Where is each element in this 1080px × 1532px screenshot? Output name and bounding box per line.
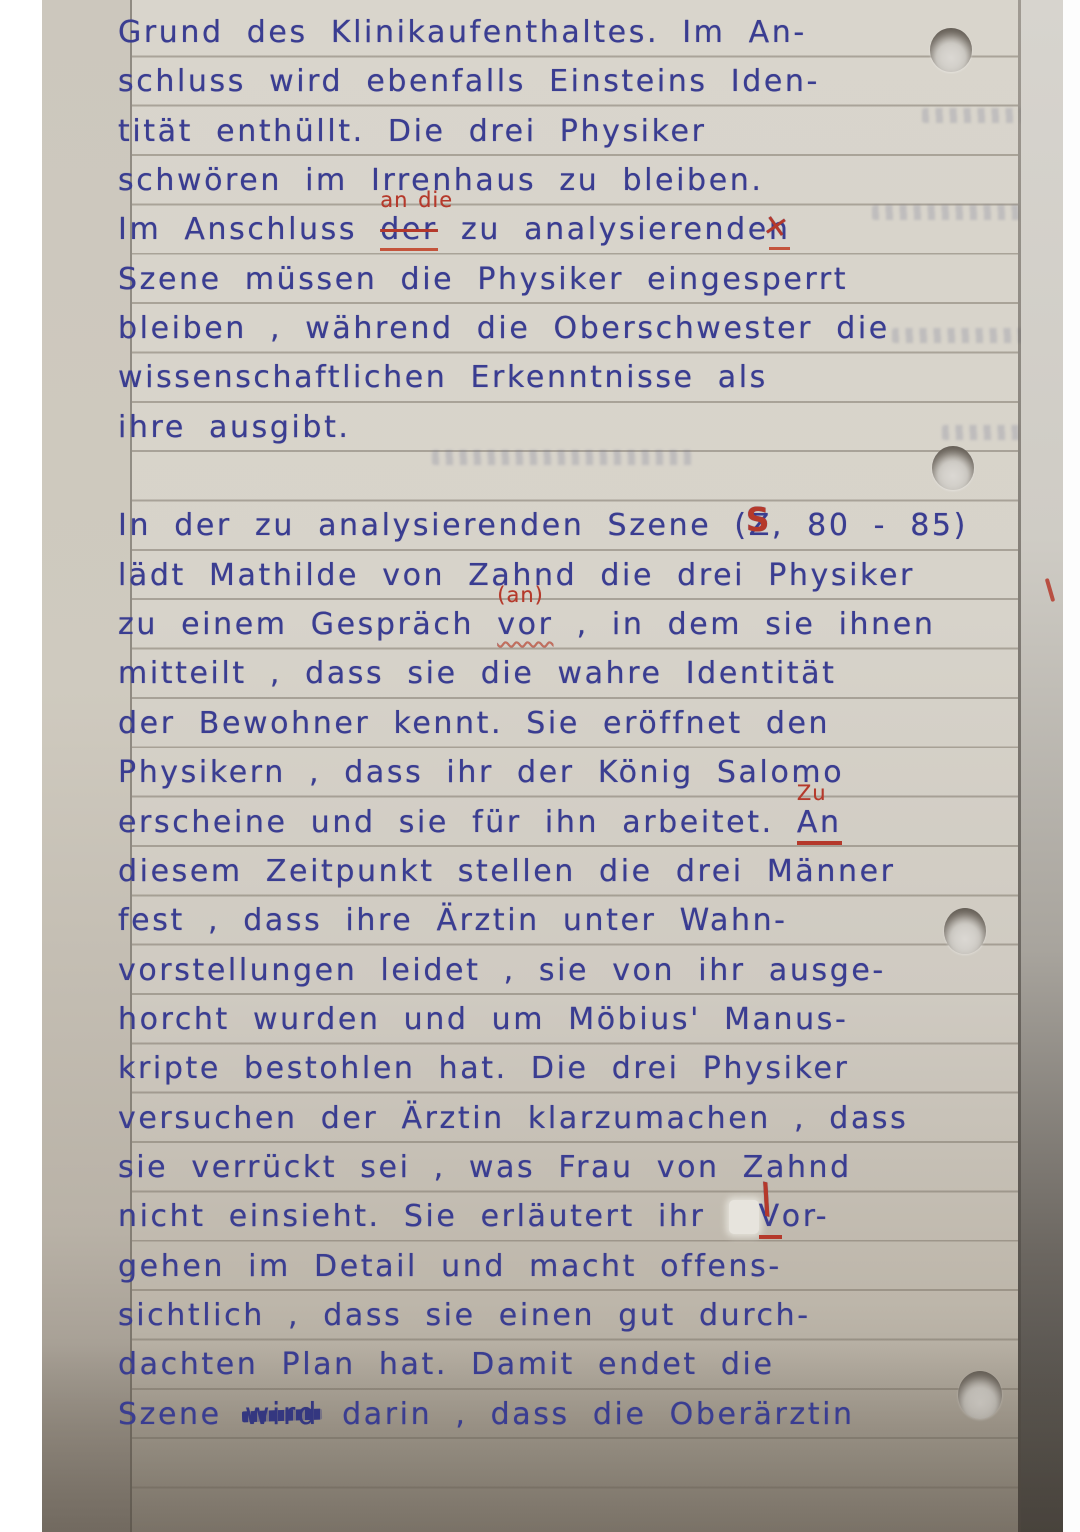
handwriting-segment: kripte bestohlen hat. Die drei Physiker bbox=[118, 1051, 849, 1086]
handwritten-line: Szene wird darin , dass die Oberärztin bbox=[118, 1390, 1018, 1439]
red-correction-mark: Zu bbox=[797, 783, 827, 803]
handwritten-line: Grund des Klinikaufenthaltes. Im An- bbox=[118, 8, 1018, 57]
handwritten-line: bleiben , während die Oberschwester die bbox=[118, 304, 1018, 353]
handwritten-line: vorstellungen leidet , sie von ihr ausge… bbox=[118, 946, 1018, 995]
background-right bbox=[1063, 0, 1080, 1532]
paragraph-2: In der zu analysierenden Szene (ZS, 80 -… bbox=[118, 501, 1018, 1439]
photo-of-handwritten-page: Grund des Klinikaufenthaltes. Im An-schl… bbox=[0, 0, 1080, 1532]
handwritten-line: der Bewohner kennt. Sie eröffnet den bbox=[118, 699, 1018, 748]
handwriting-segment: erscheine und sie für ihn arbeitet. bbox=[118, 805, 797, 840]
handwritten-line: ihre ausgibt. bbox=[118, 403, 1018, 452]
red-correction-mark: an die bbox=[380, 190, 453, 210]
handwritten-line: fest , dass ihre Ärztin unter Wahn- bbox=[118, 896, 1018, 945]
handwritten-line: kripte bestohlen hat. Die drei Physiker bbox=[118, 1044, 1018, 1093]
corrected-word: vor(an) bbox=[497, 607, 553, 642]
handwritten-line: sichtlich , dass sie einen gut durch- bbox=[118, 1291, 1018, 1340]
red-correction-mark: S bbox=[746, 510, 771, 530]
handwriting-segment: horcht wurden und um Möbius' Manus- bbox=[118, 1002, 848, 1037]
handwritten-line: schwören im Irrenhaus zu bleiben. bbox=[118, 156, 1018, 205]
handwriting-segment: dachten Plan hat. Damit endet die bbox=[118, 1347, 775, 1382]
handwriting-segment: tität enthüllt. Die drei Physiker bbox=[118, 114, 707, 149]
crossed-out-word: wird bbox=[245, 1397, 319, 1432]
corrected-word: ZS bbox=[749, 508, 772, 543]
paper-left-margin-strip bbox=[42, 0, 130, 1532]
handwriting-segment: diesem Zeitpunkt stellen die drei Männer bbox=[118, 854, 896, 889]
handwritten-line: versuchen der Ärztin klarzumachen , dass bbox=[118, 1094, 1018, 1143]
handwritten-line: schluss wird ebenfalls Einsteins Iden- bbox=[118, 57, 1018, 106]
corrected-word: V\ bbox=[759, 1199, 782, 1239]
handwritten-line: lädt Mathilde von Zahnd die drei Physike… bbox=[118, 551, 1018, 600]
handwritten-line: sie verrückt sei , was Frau von Zahnd bbox=[118, 1143, 1018, 1192]
handwriting-segment: mitteilt , dass sie die wahre Identität bbox=[118, 656, 837, 691]
corrected-word: deran die bbox=[380, 212, 438, 251]
handwriting-segment: der Bewohner kennt. Sie eröffnet den bbox=[118, 706, 830, 741]
handwritten-line: Im Anschluss deran die zu analysierenden… bbox=[118, 205, 1018, 254]
handwriting-segment: Szene bbox=[118, 1397, 245, 1432]
paragraph-1: Grund des Klinikaufenthaltes. Im An-schl… bbox=[118, 8, 1018, 452]
handwriting-segment: schluss wird ebenfalls Einsteins Iden- bbox=[118, 64, 820, 99]
handwriting-segment: bleiben , während die Oberschwester die bbox=[118, 311, 890, 346]
handwritten-line: dachten Plan hat. Damit endet die bbox=[118, 1340, 1018, 1389]
red-correction-mark: ✕ bbox=[761, 216, 790, 240]
handwriting-segment: Grund des Klinikaufenthaltes. Im An- bbox=[118, 15, 807, 50]
handwriting-segment: , 80 - 85) bbox=[772, 508, 968, 543]
handwriting-segment: or- bbox=[782, 1199, 829, 1234]
handwriting-segment: , in dem sie ihnen bbox=[554, 607, 936, 642]
corrected-word: AnZu bbox=[797, 805, 842, 845]
handwritten-line: tität enthüllt. Die drei Physiker bbox=[118, 107, 1018, 156]
handwriting-segment: fest , dass ihre Ärztin unter Wahn- bbox=[118, 903, 788, 938]
red-correction-mark: (an) bbox=[497, 585, 544, 605]
handwriting-segment: Physikern , dass ihr der König Salomo bbox=[118, 755, 844, 790]
handwritten-line: nicht einsieht. Sie erläutert ihr V\or- bbox=[118, 1192, 1018, 1241]
handwriting-segment: sichtlich , dass sie einen gut durch- bbox=[118, 1298, 811, 1333]
handwriting-segment: wissenschaftlichen Erkenntnisse als bbox=[118, 360, 768, 395]
handwritten-line: zu einem Gespräch vor(an) , in dem sie i… bbox=[118, 600, 1018, 649]
handwritten-line: diesem Zeitpunkt stellen die drei Männer bbox=[118, 847, 1018, 896]
handwritten-line: mitteilt , dass sie die wahre Identität bbox=[118, 649, 1018, 698]
handwritten-line: erscheine und sie für ihn arbeitet. AnZu bbox=[118, 798, 1018, 847]
handwriting-segment: sie verrückt sei , was Frau von Zahnd bbox=[118, 1150, 852, 1185]
handwriting-segment: vorstellungen leidet , sie von ihr ausge… bbox=[118, 953, 886, 988]
handwriting-segment: Im Anschluss bbox=[118, 212, 380, 247]
handwriting-segment: nicht einsieht. Sie erläutert ihr bbox=[118, 1199, 729, 1234]
handwriting-segment: gehen im Detail und macht offens- bbox=[118, 1249, 782, 1284]
handwritten-line: Szene müssen die Physiker eingesperrt bbox=[118, 255, 1018, 304]
handwriting-segment: Szene müssen die Physiker eingesperrt bbox=[118, 262, 848, 297]
handwriting-segment: zu analysierende bbox=[438, 212, 769, 247]
handwritten-line: wissenschaftlichen Erkenntnisse als bbox=[118, 353, 1018, 402]
handwritten-line: In der zu analysierenden Szene (ZS, 80 -… bbox=[118, 501, 1018, 550]
handwriting-segment: zu einem Gespräch bbox=[118, 607, 497, 642]
handwritten-line: gehen im Detail und macht offens- bbox=[118, 1242, 1018, 1291]
handwriting-segment: darin , dass die Oberärztin bbox=[319, 1397, 855, 1432]
handwriting-segment: versuchen der Ärztin klarzumachen , dass bbox=[118, 1101, 908, 1136]
handwriting-segment: ihre ausgibt. bbox=[118, 410, 351, 445]
corrected-word: n✕ bbox=[769, 212, 791, 250]
handwritten-line: horcht wurden und um Möbius' Manus- bbox=[118, 995, 1018, 1044]
handwriting-segment: In der zu analysierenden Szene ( bbox=[118, 508, 749, 543]
handwritten-line: Physikern , dass ihr der König Salomo bbox=[118, 748, 1018, 797]
writing-area: Grund des Klinikaufenthaltes. Im An-schl… bbox=[118, 8, 1018, 1439]
